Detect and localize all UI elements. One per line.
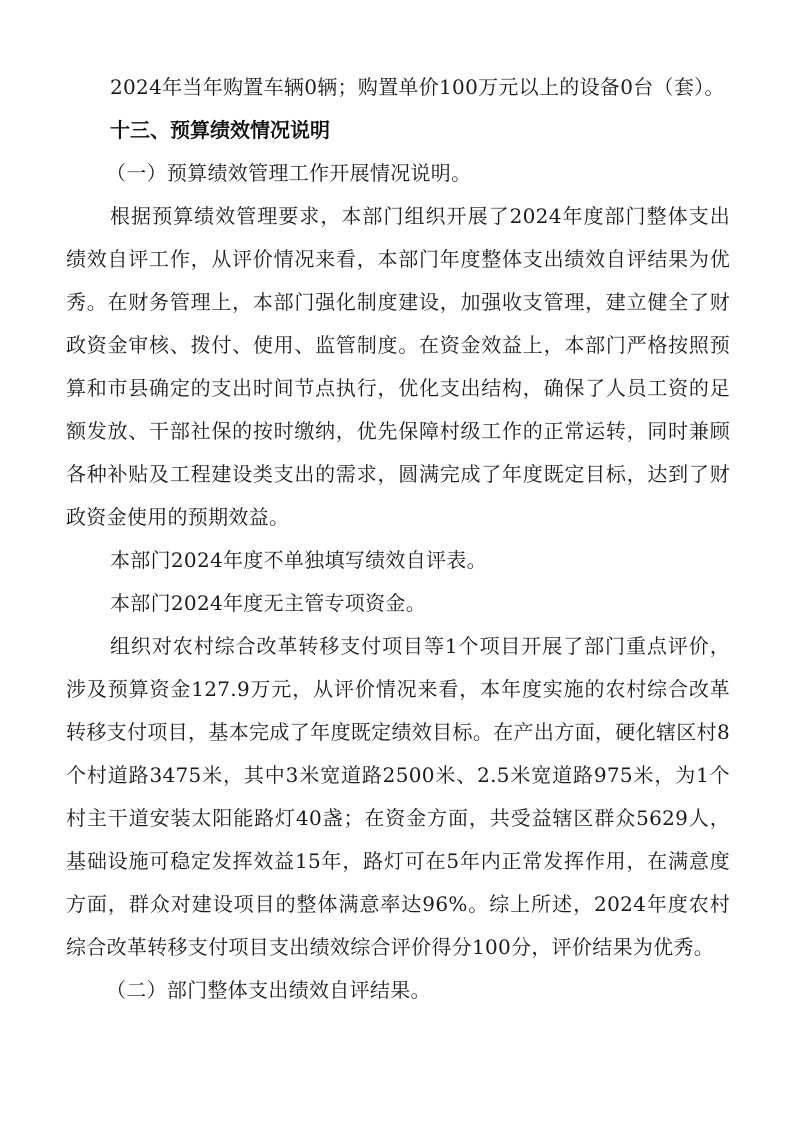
subheading-performance-management: （一）预算绩效管理工作开展情况说明。	[66, 152, 730, 195]
section-heading-budget-performance: 十三、预算绩效情况说明	[66, 109, 730, 152]
subheading-overall-self-eval-result: （二）部门整体支出绩效自评结果。	[66, 969, 730, 1012]
paragraph-key-project-evaluation: 组织对农村综合改革转移支付项目等1个项目开展了部门重点评价，涉及预算资金127.…	[66, 625, 730, 969]
document-page: 2024年当年购置车辆0辆；购置单价100万元以上的设备0台（套）。 十三、预算…	[66, 66, 730, 1012]
paragraph-no-special-funds: 本部门2024年度无主管专项资金。	[66, 582, 730, 625]
paragraph-no-self-eval-form: 本部门2024年度不单独填写绩效自评表。	[66, 539, 730, 582]
paragraph-vehicle-purchase: 2024年当年购置车辆0辆；购置单价100万元以上的设备0台（套）。	[66, 66, 730, 109]
paragraph-self-evaluation: 根据预算绩效管理要求，本部门组织开展了2024年度部门整体支出绩效自评工作，从评…	[66, 195, 730, 539]
